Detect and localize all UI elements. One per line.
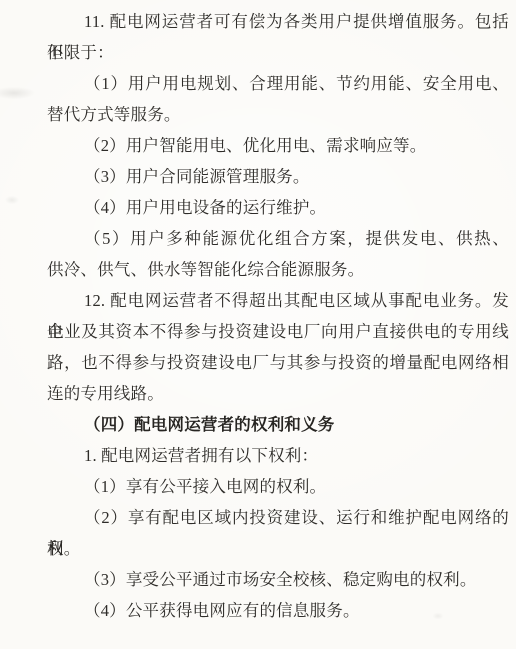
text-line: （4）用户用电设备的运行维护。 — [47, 192, 509, 223]
text-line: 替代方式等服务。 — [47, 99, 509, 130]
text-line: （4）公平获得电网应有的信息服务。 — [47, 595, 509, 626]
section-heading: （四）配电网运营者的权利和义务 — [47, 409, 509, 440]
text-line: （1）享有公平接入电网的权利。 — [47, 471, 509, 502]
text-line: 企业及其资本不得参与投资建设电厂向用户直接供电的专用线 — [47, 316, 509, 347]
text-line: 供冷、供气、供水等智能化综合能源服务。 — [47, 254, 509, 285]
text-line: 11. 配电网运营者可有偿为各类用户提供增值服务。包括但 — [47, 6, 509, 37]
scanned-document-page: 11. 配电网运营者可有偿为各类用户提供增值服务。包括但不限于：（1）用户用电规… — [0, 0, 516, 649]
text-line: 12. 配电网运营者不得超出其配电区域从事配电业务。发电 — [47, 285, 509, 316]
document-text-block: 11. 配电网运营者可有偿为各类用户提供增值服务。包括但不限于：（1）用户用电规… — [47, 6, 509, 626]
text-line: （3）用户合同能源管理服务。 — [47, 161, 509, 192]
text-line: （2）用户智能用电、优化用电、需求响应等。 — [47, 130, 509, 161]
text-line: （2）享有配电区域内投资建设、运行和维护配电网络的权 — [47, 502, 509, 533]
text-line: 路，也不得参与投资建设电厂与其参与投资的增量配电网络相 — [47, 347, 509, 378]
text-line: （3）享受公平通过市场安全校核、稳定购电的权利。 — [47, 564, 509, 595]
text-line: 不限于： — [47, 37, 509, 68]
text-line: 连的专用线路。 — [47, 378, 509, 409]
text-line: （1）用户用电规划、合理用能、节约用能、安全用电、 — [47, 68, 509, 99]
text-line: 利。 — [47, 533, 509, 564]
text-line: （5）用户多种能源优化组合方案，提供发电、供热、 — [47, 223, 509, 254]
text-line: 1. 配电网运营者拥有以下权利： — [47, 440, 509, 471]
